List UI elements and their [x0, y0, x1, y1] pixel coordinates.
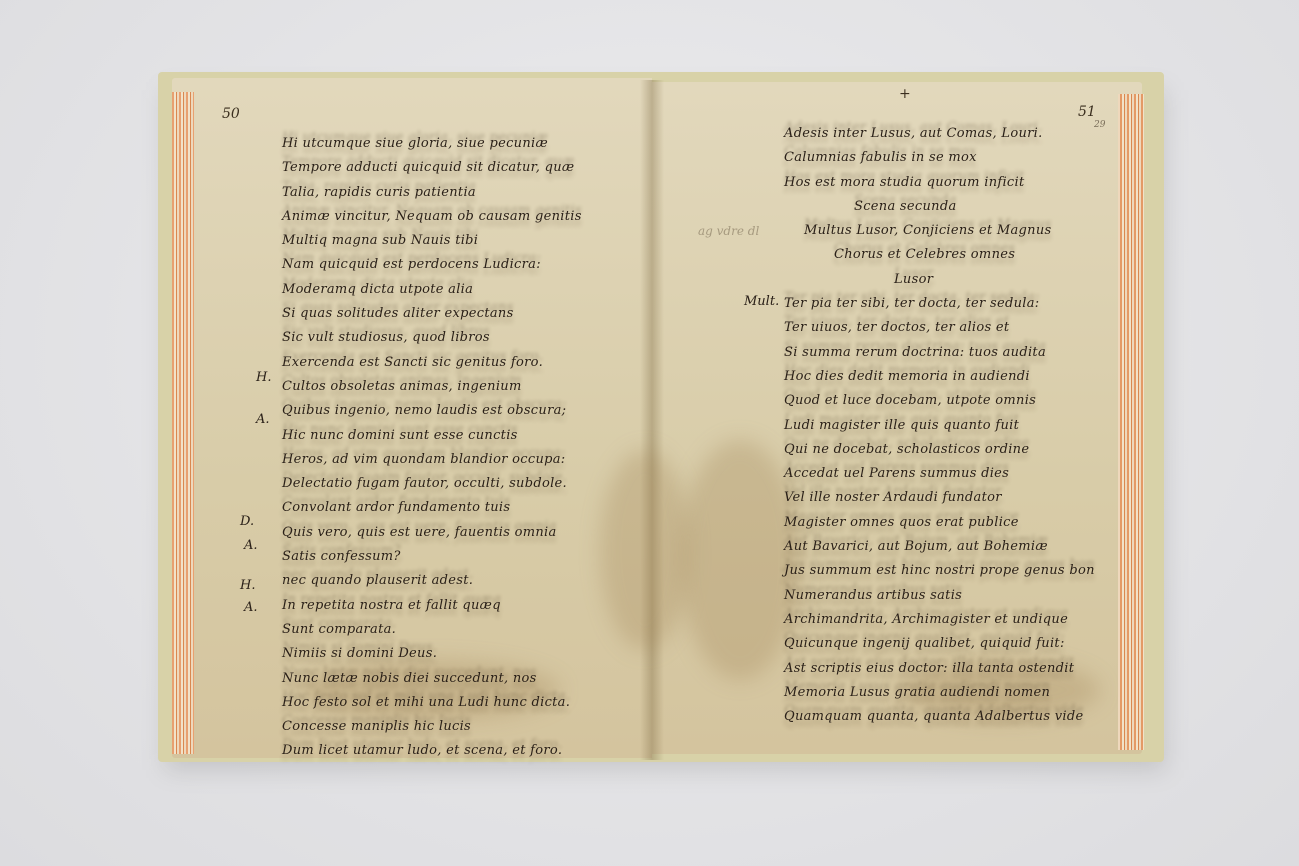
text-line: Hoc festo sol et mihi una Ludi hunc dict…: [282, 691, 582, 715]
text-line: Dum licet utamur ludo, et scena, et foro…: [282, 739, 582, 763]
text-line: Quicunque ingenij qualibet, quiquid fuit…: [784, 632, 1095, 656]
text-line: Qui ne docebat, scholasticos ordine: [784, 438, 1095, 462]
text-line: Delectatio fugam fautor, occulti, subdol…: [282, 472, 582, 496]
speaker-label: A.: [244, 538, 258, 553]
speaker-label: A.: [244, 600, 258, 615]
text-line: Cultos obsoletas animas, ingenium: [282, 375, 582, 399]
speaker-label: A.: [256, 412, 270, 427]
character-list: Chorus et Celebres omnes: [784, 243, 1095, 267]
text-line: Adesis inter Lusus, aut Comas, Louri.: [784, 122, 1095, 146]
text-line: Hos est mora studia quorum inficit: [784, 171, 1095, 195]
left-page-edges: [172, 92, 194, 754]
text-line: Si quas solitudes aliter expectans: [282, 302, 582, 326]
text-line: Satis confessum?: [282, 545, 582, 569]
right-page-text: Adesis inter Lusus, aut Comas, Louri. Ca…: [784, 122, 1095, 729]
text-line: Hi utcumque siue gloria, siue pecuniæ: [282, 132, 582, 156]
top-mark: +: [899, 86, 911, 102]
right-page-edges: [1118, 94, 1144, 750]
text-line: Hic nunc domini sunt esse cunctis: [282, 424, 582, 448]
speaker-label: D.: [240, 514, 254, 529]
text-line: Convolant ardor fundamento tuis: [282, 496, 582, 520]
text-line: Heros, ad vim quondam blandior occupa:: [282, 448, 582, 472]
text-line: Exercenda est Sancti sic genitus foro.: [282, 351, 582, 375]
book-gutter: [640, 80, 664, 760]
text-line: Vel ille noster Ardaudi fundator: [784, 486, 1095, 510]
text-line: Nam quicquid est perdocens Ludicra:: [282, 253, 582, 277]
text-line: Magister omnes quos erat publice: [784, 511, 1095, 535]
scene-heading: Scena secunda: [784, 195, 1095, 219]
text-line: Accedat uel Parens summus dies: [784, 462, 1095, 486]
text-line: Si summa rerum doctrina: tuos audita: [784, 341, 1095, 365]
text-line: Nimiis si domini Deus.: [282, 642, 582, 666]
text-line: Ter pia ter sibi, ter docta, ter sedula:: [784, 292, 1095, 316]
text-line: Quamquam quanta, quanta Adalbertus vide: [784, 705, 1095, 729]
text-line: Jus summum est hinc nostri prope genus b…: [784, 559, 1095, 583]
text-line: Talia, rapidis curis patientia: [282, 181, 582, 205]
text-line: Multiq magna sub Nauis tibi: [282, 229, 582, 253]
text-line: Sic vult studiosus, quod libros: [282, 326, 582, 350]
text-line: Quis vero, quis est uere, fauentis omnia: [282, 521, 582, 545]
text-line: Concesse maniplis hic lucis: [282, 715, 582, 739]
text-line: Hoc dies dedit memoria in audiendi: [784, 365, 1095, 389]
text-line: Calumnias fabulis in se mox: [784, 146, 1095, 170]
text-line: Nunc lætæ nobis diei succedunt, nos: [282, 667, 582, 691]
text-line: Quibus ingenio, nemo laudis est obscura;: [282, 399, 582, 423]
text-line: Moderamq dicta utpote alia: [282, 278, 582, 302]
paper-stain: [680, 440, 800, 680]
text-line: nec quando plauserit adest.: [282, 569, 582, 593]
folio-mark: 29: [1094, 120, 1105, 130]
marginal-note: ag vdre dl: [698, 224, 759, 238]
text-line: Memoria Lusus gratia audiendi nomen: [784, 681, 1095, 705]
character-list: Multus Lusor, Conjiciens et Magnus: [784, 219, 1095, 243]
text-line: Tempore adducti quicquid sit dicatur, qu…: [282, 156, 582, 180]
paper-stain: [600, 450, 690, 650]
text-line: In repetita nostra et fallit quæq: [282, 594, 582, 618]
left-page-text: Hi utcumque siue gloria, siue pecuniæ Te…: [282, 132, 582, 764]
speaker-label: Mult.: [744, 294, 779, 309]
text-line: Sunt comparata.: [282, 618, 582, 642]
speaker-label: H.: [256, 370, 271, 385]
text-line: Archimandrita, Archimagister et undique: [784, 608, 1095, 632]
text-line: Ast scriptis eius doctor: illa tanta ost…: [784, 657, 1095, 681]
speaker-label: H.: [240, 578, 255, 593]
character-list: Lusor: [784, 268, 1095, 292]
text-line: Numerandus artibus satis: [784, 584, 1095, 608]
text-line: Quod et luce docebam, utpote omnis: [784, 389, 1095, 413]
right-page-number: 51: [1078, 104, 1096, 120]
text-line: Ludi magister ille quis quanto fuit: [784, 414, 1095, 438]
text-line: Ter uiuos, ter doctos, ter alios et: [784, 316, 1095, 340]
text-line: Animæ vincitur, Nequam ob causam genitis: [282, 205, 582, 229]
text-line: Aut Bavarici, aut Bojum, aut Bohemiæ: [784, 535, 1095, 559]
left-page-number: 50: [222, 106, 240, 122]
